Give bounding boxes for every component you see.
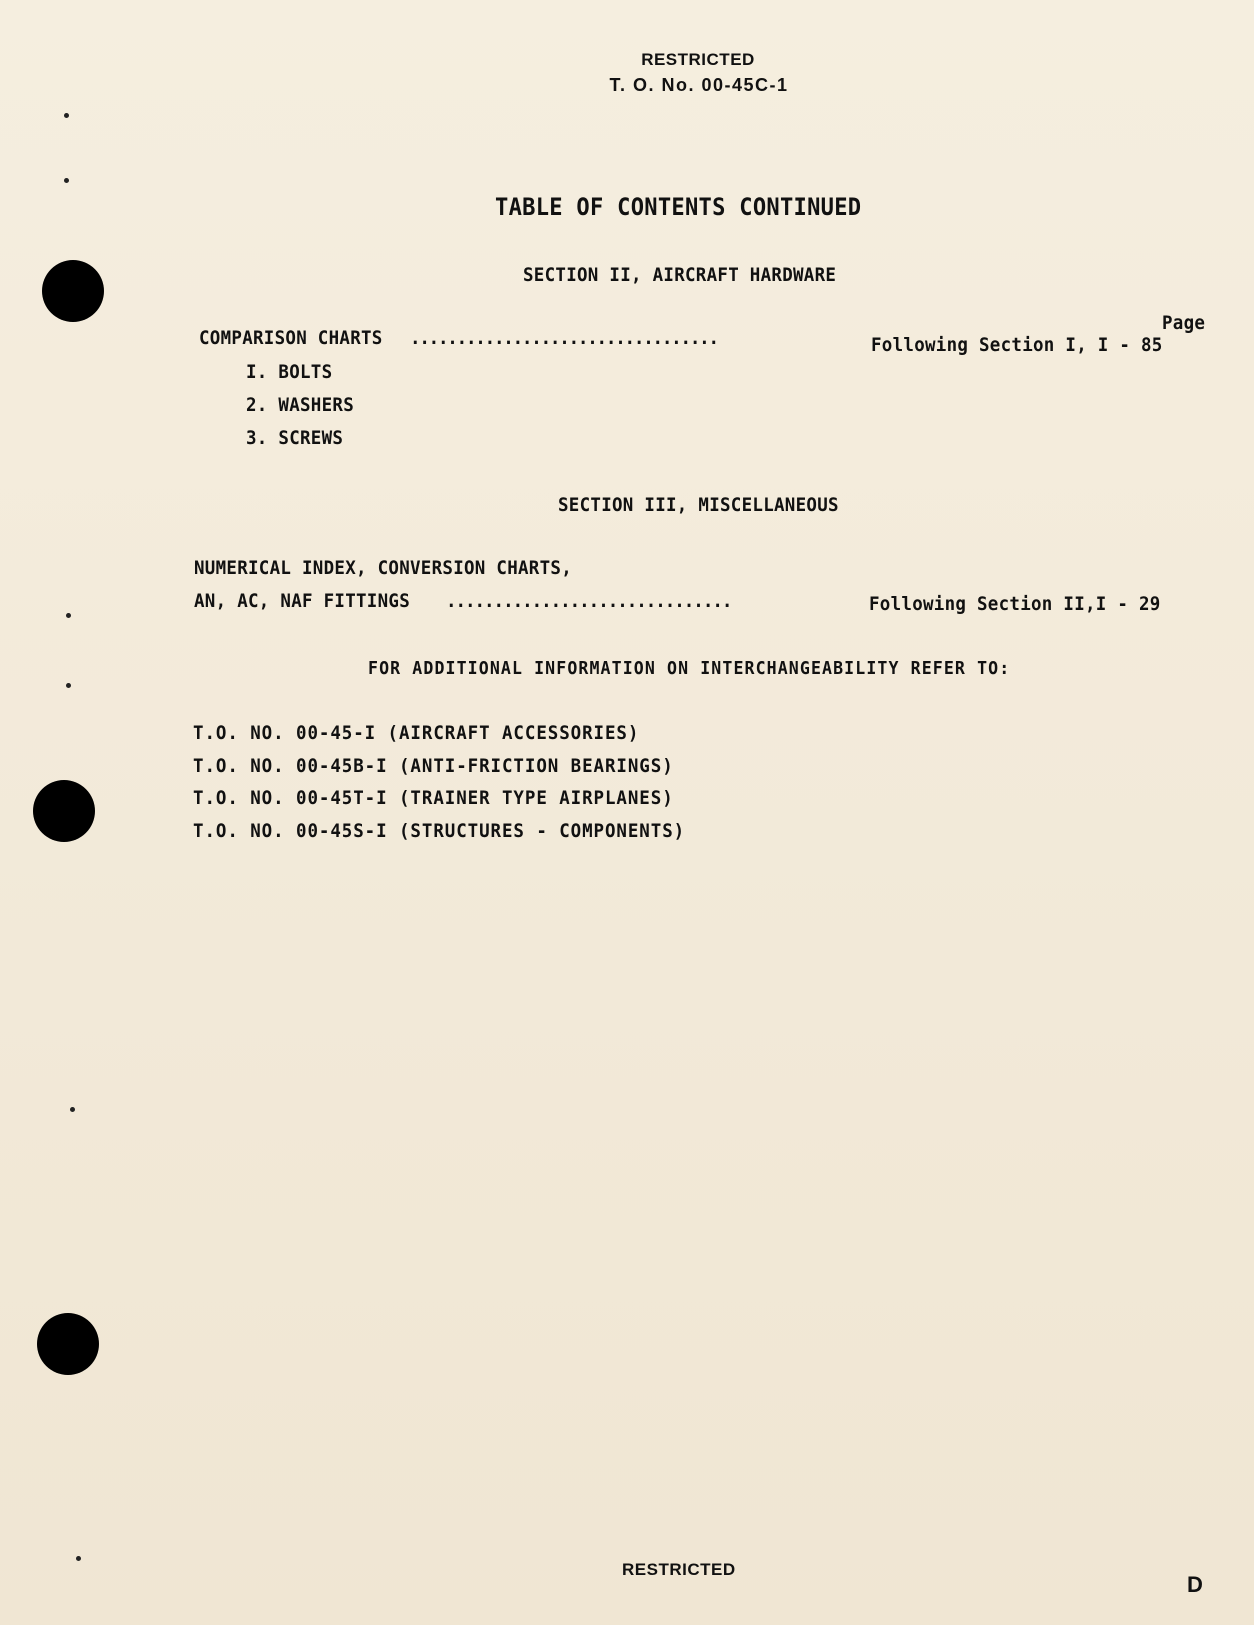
toc-entry-page-ref: Following Section I, I - 85 <box>871 334 1163 356</box>
edge-mark <box>76 1556 81 1561</box>
document-page: RESTRICTED T. O. No. 00-45C-1 TABLE OF C… <box>0 0 1254 1625</box>
page-letter: D <box>1187 1572 1203 1598</box>
reference-item: T.O. NO. 00-45-I (AIRCRAFT ACCESSORIES) <box>193 722 639 744</box>
toc-subitem-washers: 2. WASHERS <box>246 394 354 416</box>
edge-mark <box>66 683 71 688</box>
edge-mark <box>66 613 71 618</box>
toc-entry-label-line1: NUMERICAL INDEX, CONVERSION CHARTS, <box>194 557 572 579</box>
binder-hole-top <box>42 260 104 322</box>
dot-leader: .............................. <box>446 590 731 612</box>
toc-subitem-screws: 3. SCREWS <box>246 427 343 449</box>
toc-entry-label: COMPARISON CHARTS <box>199 327 383 349</box>
toc-entry-label-line2: AN, AC, NAF FITTINGS <box>194 590 410 612</box>
dot-leader: ................................. <box>410 327 718 349</box>
page-title: TABLE OF CONTENTS CONTINUED <box>495 193 861 221</box>
reference-item: T.O. NO. 00-45T-I (TRAINER TYPE AIRPLANE… <box>193 787 674 809</box>
reference-item: T.O. NO. 00-45S-I (STRUCTURES - COMPONEN… <box>193 820 685 842</box>
edge-mark <box>64 113 69 118</box>
header-classification: RESTRICTED <box>641 50 755 70</box>
footer-classification: RESTRICTED <box>622 1560 736 1580</box>
binder-hole-middle <box>33 780 95 842</box>
binder-hole-bottom <box>37 1313 99 1375</box>
additional-info-heading: FOR ADDITIONAL INFORMATION ON INTERCHANG… <box>368 658 1010 679</box>
toc-subitem-bolts: I. BOLTS <box>246 361 332 383</box>
reference-item: T.O. NO. 00-45B-I (ANTI-FRICTION BEARING… <box>193 755 674 777</box>
section-heading-3: SECTION III, MISCELLANEOUS <box>558 494 839 516</box>
toc-entry-page-ref: Following Section II,I - 29 <box>869 593 1161 615</box>
page-column-label: Page <box>1162 312 1205 334</box>
edge-mark <box>70 1107 75 1112</box>
document-number: T. O. No. 00-45C-1 <box>609 75 788 96</box>
section-heading-2: SECTION II, AIRCRAFT HARDWARE <box>523 264 836 286</box>
edge-mark <box>64 178 69 183</box>
